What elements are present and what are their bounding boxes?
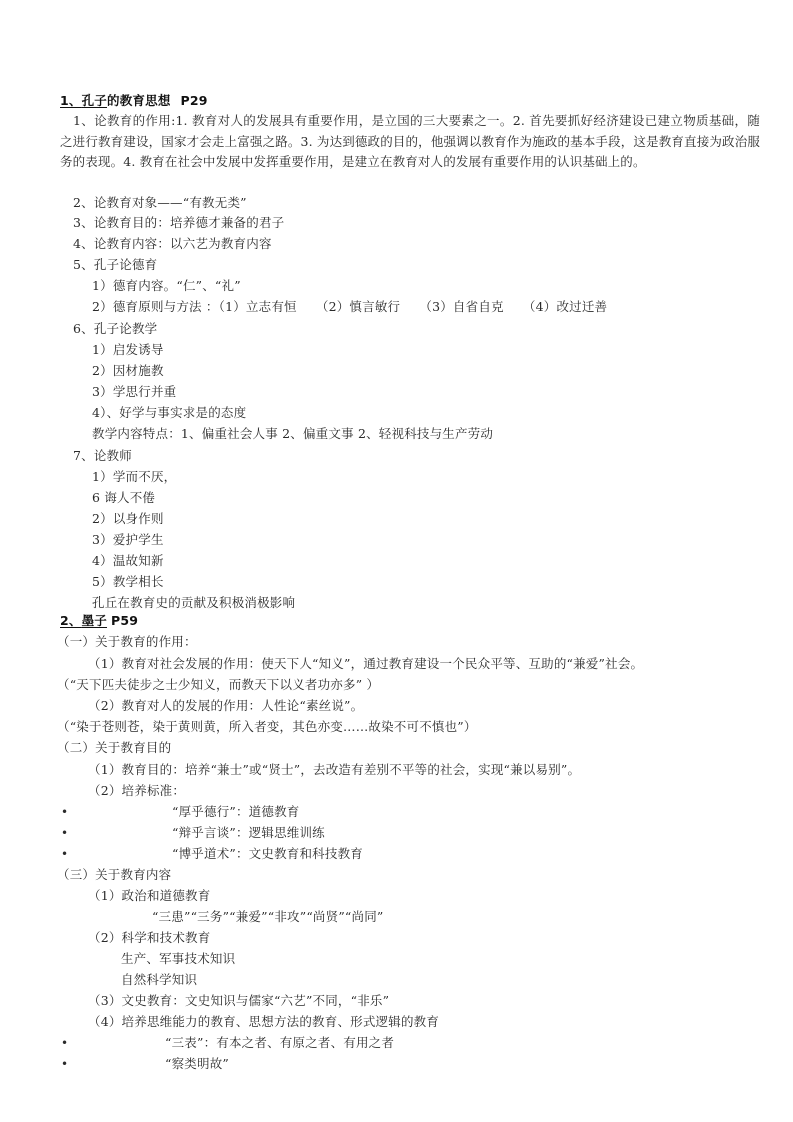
bullet-icon: • bbox=[61, 844, 68, 864]
list-item: 教学内容特点：1、偏重社会人事 2、偏重文事 2、轻视科技与生产劳动 bbox=[92, 424, 493, 444]
list-item: “厚乎德行”：道德教育 bbox=[172, 802, 299, 822]
list-item: 4、论教育内容：以六艺为教育内容 bbox=[73, 234, 272, 254]
heading-rest: 的教育思想 bbox=[107, 93, 171, 108]
list-item: （“天下匹夫徒步之士少知义，而教天下以义者功亦多” ） bbox=[57, 675, 379, 695]
list-item: （“染于苍则苍，染于黄则黄，所入者变，其色亦变……故染不可不慎也”） bbox=[57, 717, 477, 737]
list-item: 1）学而不厌， bbox=[92, 467, 176, 487]
list-item: 3、论教育目的：培养德才兼备的君子 bbox=[73, 213, 284, 233]
list-item: （1）教育目的：培养“兼士”或“贤士”，去改造有差别不平等的社会，实现“兼以易别… bbox=[88, 760, 580, 780]
heading-underlined-name: 孔子 bbox=[82, 93, 107, 108]
bullet-icon: • bbox=[61, 1033, 68, 1053]
bullet-icon: • bbox=[61, 802, 68, 822]
list-item: （2）培养标准： bbox=[88, 781, 185, 801]
list-item: 1）德育内容。“仁”、“礼” bbox=[92, 276, 241, 296]
list-item: 2）以身作则 bbox=[92, 509, 164, 529]
list-item: 孔丘在教育史的贡献及积极消极影响 bbox=[92, 593, 295, 613]
list-item: 6 诲人不倦 bbox=[92, 488, 155, 508]
list-item: 1）启发诱导 bbox=[92, 340, 164, 360]
list-item: 4）温故知新 bbox=[92, 551, 164, 571]
list-item: “辩乎言谈”：逻辑思维训练 bbox=[172, 823, 325, 843]
heading-prefix: 2、 bbox=[60, 613, 82, 628]
list-item: “三表”：有本之者、有原之者、有用之者 bbox=[165, 1033, 394, 1053]
list-item: （三）关于教育内容 bbox=[57, 865, 171, 885]
list-item: （2）教育对人的发展的作用：人性论“素丝说”。 bbox=[88, 696, 363, 716]
list-item: “博乎道术”：文史教育和科技教育 bbox=[172, 844, 363, 864]
list-item: （2）科学和技术教育 bbox=[88, 928, 210, 948]
list-item: 2）德育原则与方法 ：（1）立志有恒 （2）慎言敏行 （3）自省自克 （4）改过… bbox=[92, 297, 607, 317]
list-item: 5）教学相长 bbox=[92, 572, 164, 592]
document-page: 1、孔子的教育思想P29 1、论教育的作用:1. 教育对人的发展具有重要作用，是… bbox=[0, 0, 793, 1122]
section-heading-mozi: 2、墨子P59 bbox=[60, 611, 138, 631]
list-item: 5、孔子论德育 bbox=[73, 255, 157, 275]
list-item: （3）文史教育：文史知识与儒家“六艺”不同，“非乐” bbox=[88, 991, 389, 1011]
list-item: 自然科学知识 bbox=[121, 970, 197, 990]
bullet-icon: • bbox=[61, 1054, 68, 1074]
list-item: 2）因材施教 bbox=[92, 361, 164, 381]
list-item: （1）教育对社会发展的作用：使天下人“知义”，通过教育建设一个民众平等、互助的“… bbox=[88, 654, 643, 674]
heading-underlined-name: 墨子 bbox=[82, 613, 107, 628]
list-item: 3）爱护学生 bbox=[92, 530, 164, 550]
list-item: “察类明故” bbox=[165, 1054, 229, 1074]
list-item: 2、论教育对象——“有教无类” bbox=[73, 193, 247, 213]
list-item: （二）关于教育目的 bbox=[57, 738, 171, 758]
list-item: 6、孔子论教学 bbox=[73, 319, 157, 339]
bullet-icon: • bbox=[61, 823, 68, 843]
list-item: （4）培养思维能力的教育、思想方法的教育、形式逻辑的教育 bbox=[88, 1012, 439, 1032]
page-reference: P29 bbox=[181, 93, 208, 108]
list-item: 生产、军事技术知识 bbox=[121, 949, 235, 969]
list-item: 7、论教师 bbox=[73, 446, 132, 466]
list-item: （1）政治和道德教育 bbox=[88, 886, 210, 906]
page-reference: P59 bbox=[111, 613, 138, 628]
section-heading-confucius: 1、孔子的教育思想P29 bbox=[60, 91, 208, 111]
education-role-paragraph: 1、论教育的作用:1. 教育对人的发展具有重要作用，是立国的三大要素之一。2. … bbox=[60, 111, 760, 173]
heading-prefix: 1、 bbox=[60, 93, 82, 108]
list-item: 4）、好学与事实求是的态度 bbox=[92, 403, 246, 423]
list-item: “三患”“三务”“兼爱”“非攻”“尚贤”“尚同” bbox=[152, 907, 384, 927]
list-item: 3）学思行并重 bbox=[92, 382, 176, 402]
list-item: （一）关于教育的作用： bbox=[57, 632, 197, 652]
